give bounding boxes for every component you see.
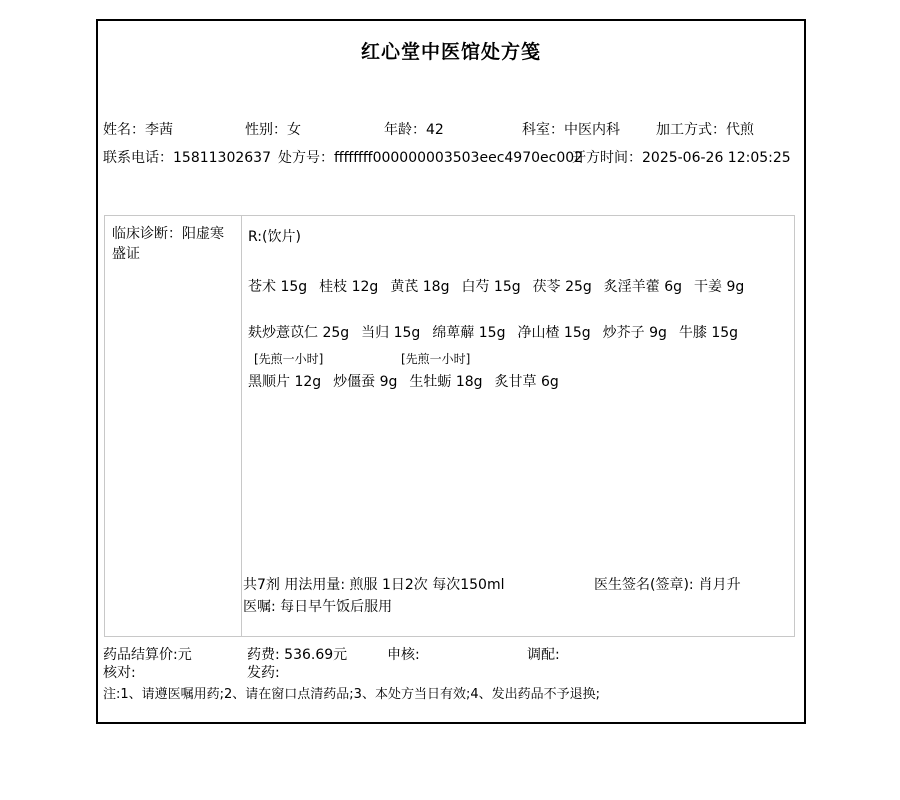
herb-item: 牛膝 15g	[679, 322, 738, 342]
herb-item: 生牡蛎 18g	[409, 371, 482, 391]
herb-line-1: 苍术 15g桂枝 12g黄芪 18g白芍 15g茯苓 25g炙淫羊藿 6g干姜 …	[248, 276, 792, 296]
clinical-diagnosis: 临床诊断：阳虚寒盛证	[105, 216, 242, 636]
herb-item: 炒僵蚕 9g	[333, 371, 397, 391]
prescription-number: 处方号：ffffffff000000003503eec4970ec002	[278, 150, 583, 166]
check-field: 核对:	[103, 665, 136, 681]
settlement-price: 药品结算价:元	[103, 647, 192, 663]
herb-item: 黄芪 18g	[390, 276, 449, 296]
rx-header: R:(饮片)	[248, 226, 301, 246]
herb-item: 炙甘草 6g	[495, 371, 559, 391]
dosage-usage: 共7剂 用法用量: 煎服 1日2次 每次150ml	[243, 574, 505, 594]
diagnosis-text: 临床诊断：阳虚寒盛证	[112, 226, 224, 262]
herb-item: 当归 15g	[361, 322, 420, 342]
herb-item: 干姜 9g	[694, 276, 744, 296]
herb-item: 炒芥子 9g	[603, 322, 667, 342]
herb-item: 苍术 15g	[248, 276, 307, 296]
contact-phone: 联系电话：15811302637	[103, 150, 271, 166]
doctor-signature-label: 医生签名(签章):	[594, 577, 694, 593]
dispense-prep-field: 调配:	[527, 647, 560, 663]
medicine-fee: 药费: 536.69元	[247, 647, 347, 663]
footer-note: 注:1、请遵医嘱用药;2、请在窗口点清药品;3、本处方当日有效;4、发出药品不予…	[103, 683, 600, 702]
patient-name: 姓名：李茜	[103, 122, 173, 138]
doctor-signature: 医生签名(签章):肖月升	[594, 574, 741, 594]
prescription-page: 红心堂中医馆处方笺 姓名：李茜 性别：女 年龄：42 科室：中医内科 加工方式：…	[96, 19, 806, 724]
herb-line-3: 黑顺片 12g炒僵蚕 9g生牡蛎 18g炙甘草 6g	[248, 371, 792, 391]
herb-line-2: 麸炒薏苡仁 25g当归 15g绵萆薢 15g净山楂 15g炒芥子 9g牛膝 15…	[248, 322, 792, 342]
herb-item: 麸炒薏苡仁 25g	[248, 322, 349, 342]
herb-item: 黑顺片 12g	[248, 371, 321, 391]
herb-item: 桂枝 12g	[319, 276, 378, 296]
doctor-name: 肖月升	[699, 577, 741, 593]
herb-item: 茯苓 25g	[533, 276, 592, 296]
issue-field: 发药:	[247, 665, 280, 681]
herb-item: 炙淫羊藿 6g	[604, 276, 682, 296]
doctor-advice: 医嘱: 每日早午饭后服用	[243, 596, 392, 616]
herb-item: 净山楂 15g	[517, 322, 590, 342]
patient-gender: 性别：女	[245, 122, 301, 138]
department: 科室：中医内科	[522, 122, 620, 138]
decoction-note-2: [先煎一小时]	[401, 350, 470, 367]
page-title: 红心堂中医馆处方笺	[98, 37, 804, 64]
prescription-box: 临床诊断：阳虚寒盛证 R:(饮片) 苍术 15g桂枝 12g黄芪 18g白芍 1…	[104, 215, 795, 637]
decoction-note-1: [先煎一小时]	[254, 350, 323, 367]
herb-item: 绵萆薢 15g	[432, 322, 505, 342]
review-field: 申核:	[387, 647, 420, 663]
prescription-time: 开方时间：2025-06-26 12:05:25	[572, 150, 791, 166]
herb-item: 白芍 15g	[461, 276, 520, 296]
prescription-content: R:(饮片) 苍术 15g桂枝 12g黄芪 18g白芍 15g茯苓 25g炙淫羊…	[242, 216, 794, 636]
patient-age: 年龄：42	[384, 122, 444, 138]
processing-method: 加工方式：代煎	[656, 122, 754, 138]
